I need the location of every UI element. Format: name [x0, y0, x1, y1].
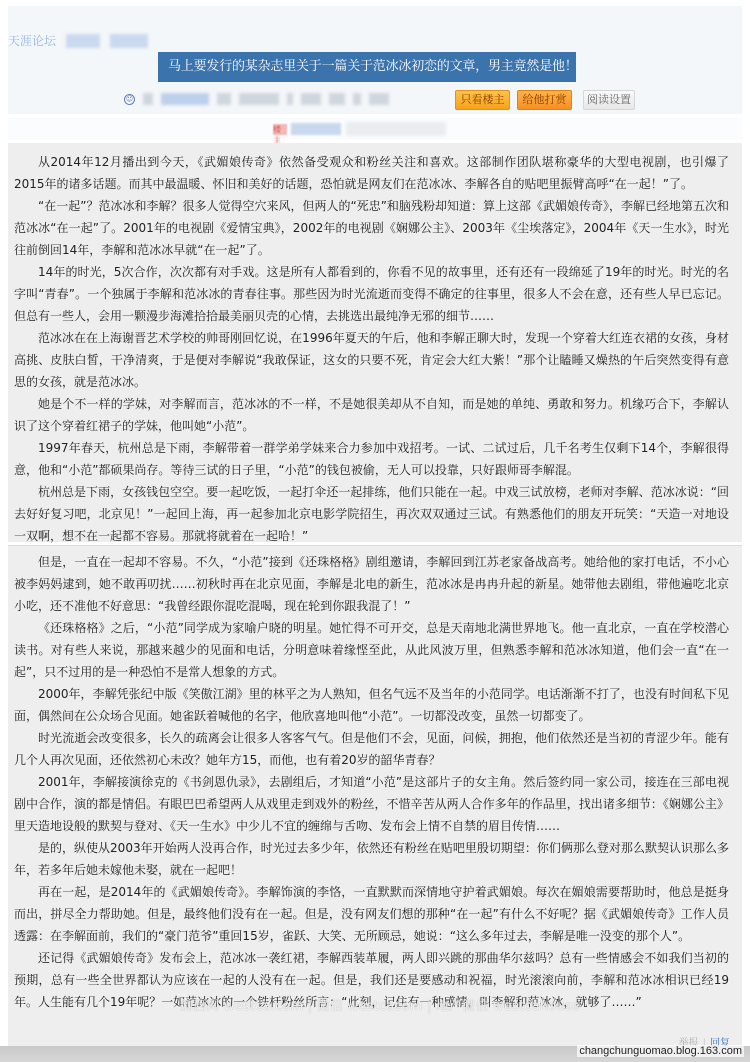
article-body-part-1: 从2014年12月播出到今天，《武媚娘传奇》依然备受观众和粉丝关注和喜欢。这部制… [14, 151, 729, 547]
smiley-icon: ☺ [124, 94, 135, 105]
blurred-info [217, 93, 231, 105]
paragraph: 从2014年12月播出到今天，《武媚娘传奇》依然备受观众和粉丝关注和喜欢。这部制… [14, 151, 729, 195]
only-view-op-button[interactable]: 只看楼主 [455, 90, 510, 110]
paragraph: 2000年，李解凭张纪中版《笑傲江湖》里的林平之为人熟知，但名气远不及当年的小范… [14, 683, 729, 727]
paragraph: 是的，纵使从2003年开始两人没再合作，时光过去多少年，依然还有粉丝在贴吧里殷切… [14, 837, 729, 881]
blurred-info [239, 93, 279, 105]
reading-settings-button[interactable]: 阅读设置 [583, 90, 635, 110]
blurred-info [287, 93, 293, 105]
floor-header: 楼主 [8, 118, 742, 140]
floor-author-blurred[interactable] [291, 123, 341, 135]
breadcrumb-item-tianya[interactable]: 天涯论坛 [8, 32, 56, 49]
breadcrumb-item-blurred[interactable] [110, 34, 148, 48]
paragraph: 1997年春天，杭州总是下雨，李解带着一群学弟学妹来合力参加中戏招考。一试、二试… [14, 437, 729, 481]
article-body-part-2: 但是，一直在一起却不容易。不久，“小范”接到《还珠格格》剧组邀请，李解回到江苏老… [14, 551, 729, 1013]
site-watermark: changchunguomao.blog.163.com [577, 1045, 744, 1057]
paragraph: 14年的时光，5次合作，次次都有对手戏。这是所有人都看到的，你看不见的故事里，还… [14, 261, 729, 327]
paragraph: 2001年，李解接演徐克的《书剑恩仇录》，去剧组后，才知道“小范”是这部片子的女… [14, 771, 729, 837]
breadcrumb-item-blurred[interactable] [66, 34, 100, 48]
thread-title: 马上要发行的某杂志里关于一篇关于范冰冰初恋的文章，男主竟然是他！ [158, 52, 576, 82]
tip-button[interactable]: 给他打赏 [517, 90, 572, 110]
blurred-info [353, 93, 361, 105]
overlay-watermark: 加西网 westca.com | 微信 westcacom | 地产微信 wes… [180, 995, 580, 1014]
paragraph: “在一起”？范冰冰和李解？很多人觉得空穴来风，但两人的“死忠”和脑残粉却知道：算… [14, 195, 729, 261]
blurred-info [329, 93, 345, 105]
paragraph: 时光流逝会改变很多，长久的疏离会让很多人客客气气。但是他们不会，见面，问候，拥抱… [14, 727, 729, 771]
blurred-info [143, 93, 153, 105]
paragraph: 但是，一直在一起却不容易。不久，“小范”接到《还珠格格》剧组邀请，李解回到江苏老… [14, 551, 729, 617]
op-badge: 楼主 [273, 124, 287, 135]
floor-meta-blurred [346, 122, 446, 136]
paragraph: 她是个不一样的学妹，对李解而言，范冰冰的不一样，不是她很美却从不自知，而是她的单… [14, 393, 729, 437]
blurred-info [369, 93, 389, 105]
author-name-blurred[interactable] [161, 93, 209, 105]
paragraph: 《还珠格格》之后，“小范”同学成为家喻户晓的明星。她忙得不可开交，总是天南地北满… [14, 617, 729, 683]
blurred-info [301, 93, 321, 105]
paragraph: 再在一起，是2014年的《武媚娘传奇》。李解饰演的李恪，一直默默而深情地守护着武… [14, 881, 729, 947]
paragraph: 杭州总是下雨，女孩钱包空空。要一起吃饭，一起打伞还一起排练，他们只能在一起。中戏… [14, 481, 729, 547]
paragraph: 范冰冰在在上海谢晋艺术学校的帅哥刚回忆说，在1996年夏天的午后，他和李解正聊大… [14, 327, 729, 393]
breadcrumb: 天涯论坛 [8, 32, 148, 49]
